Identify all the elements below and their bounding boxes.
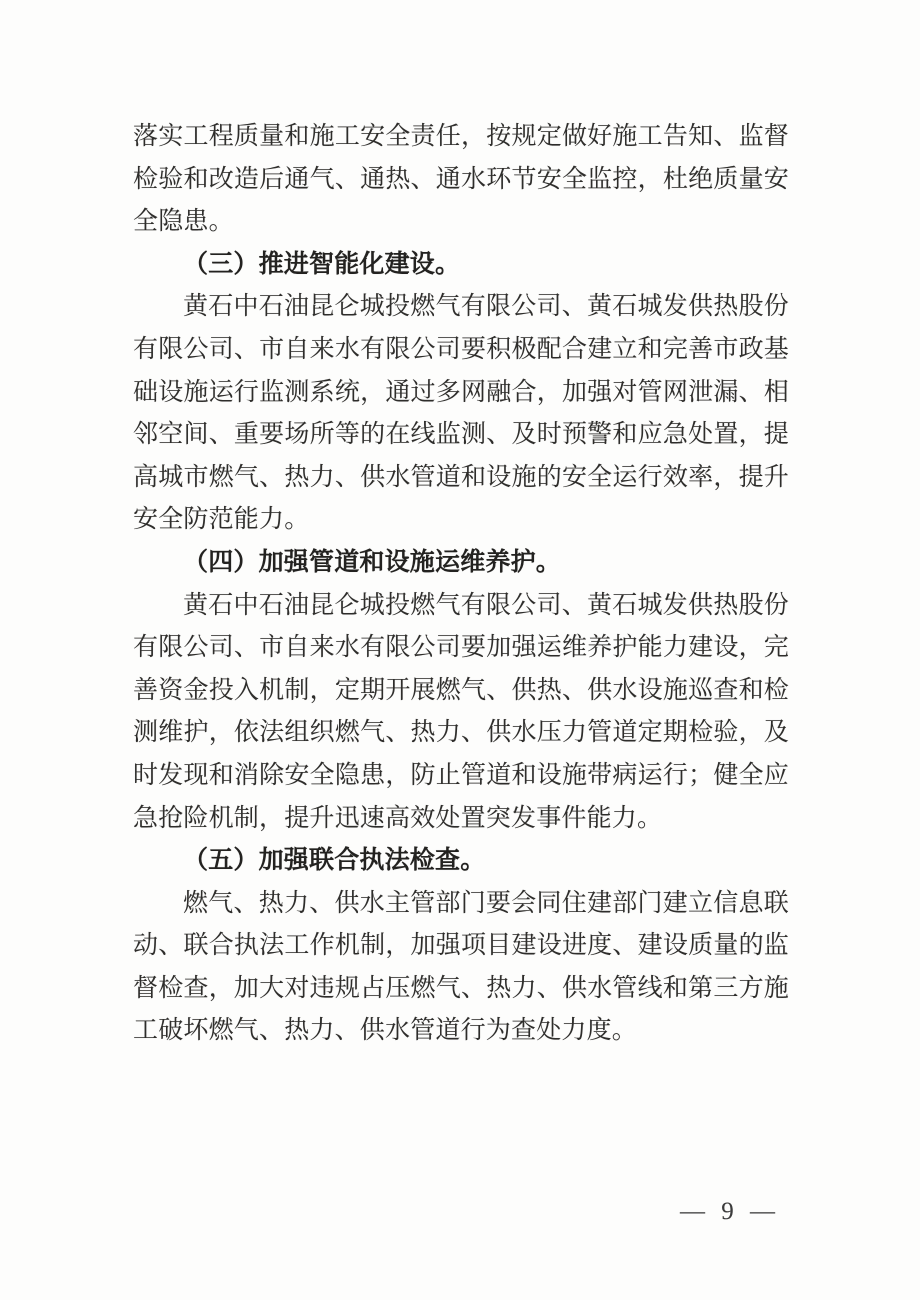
section-heading-4: （四）加强管道和设施运维养护。 bbox=[133, 542, 789, 585]
document-body: 落实工程质量和施工安全责任，按规定做好施工告知、监督检验和改造后通气、通热、通水… bbox=[133, 116, 789, 1053]
section-heading-3: （三）推进智能化建设。 bbox=[133, 244, 789, 287]
section-3-paragraph: 黄石中石油昆仑城投燃气有限公司、黄石城发供热股份有限公司、市自来水有限公司要积极… bbox=[133, 286, 789, 542]
document-page: 落实工程质量和施工安全责任，按规定做好施工告知、监督检验和改造后通气、通热、通水… bbox=[0, 0, 920, 1300]
paragraph-continuation: 落实工程质量和施工安全责任，按规定做好施工告知、监督检验和改造后通气、通热、通水… bbox=[133, 116, 789, 244]
section-5-paragraph: 燃气、热力、供水主管部门要会同住建部门建立信息联动、联合执法工作机制，加强项目建… bbox=[133, 883, 789, 1053]
section-4-paragraph: 黄石中石油昆仑城投燃气有限公司、黄石城发供热股份有限公司、市自来水有限公司要加强… bbox=[133, 585, 789, 841]
section-heading-5: （五）加强联合执法检查。 bbox=[133, 840, 789, 883]
page-number: — 9 — bbox=[630, 1198, 830, 1226]
